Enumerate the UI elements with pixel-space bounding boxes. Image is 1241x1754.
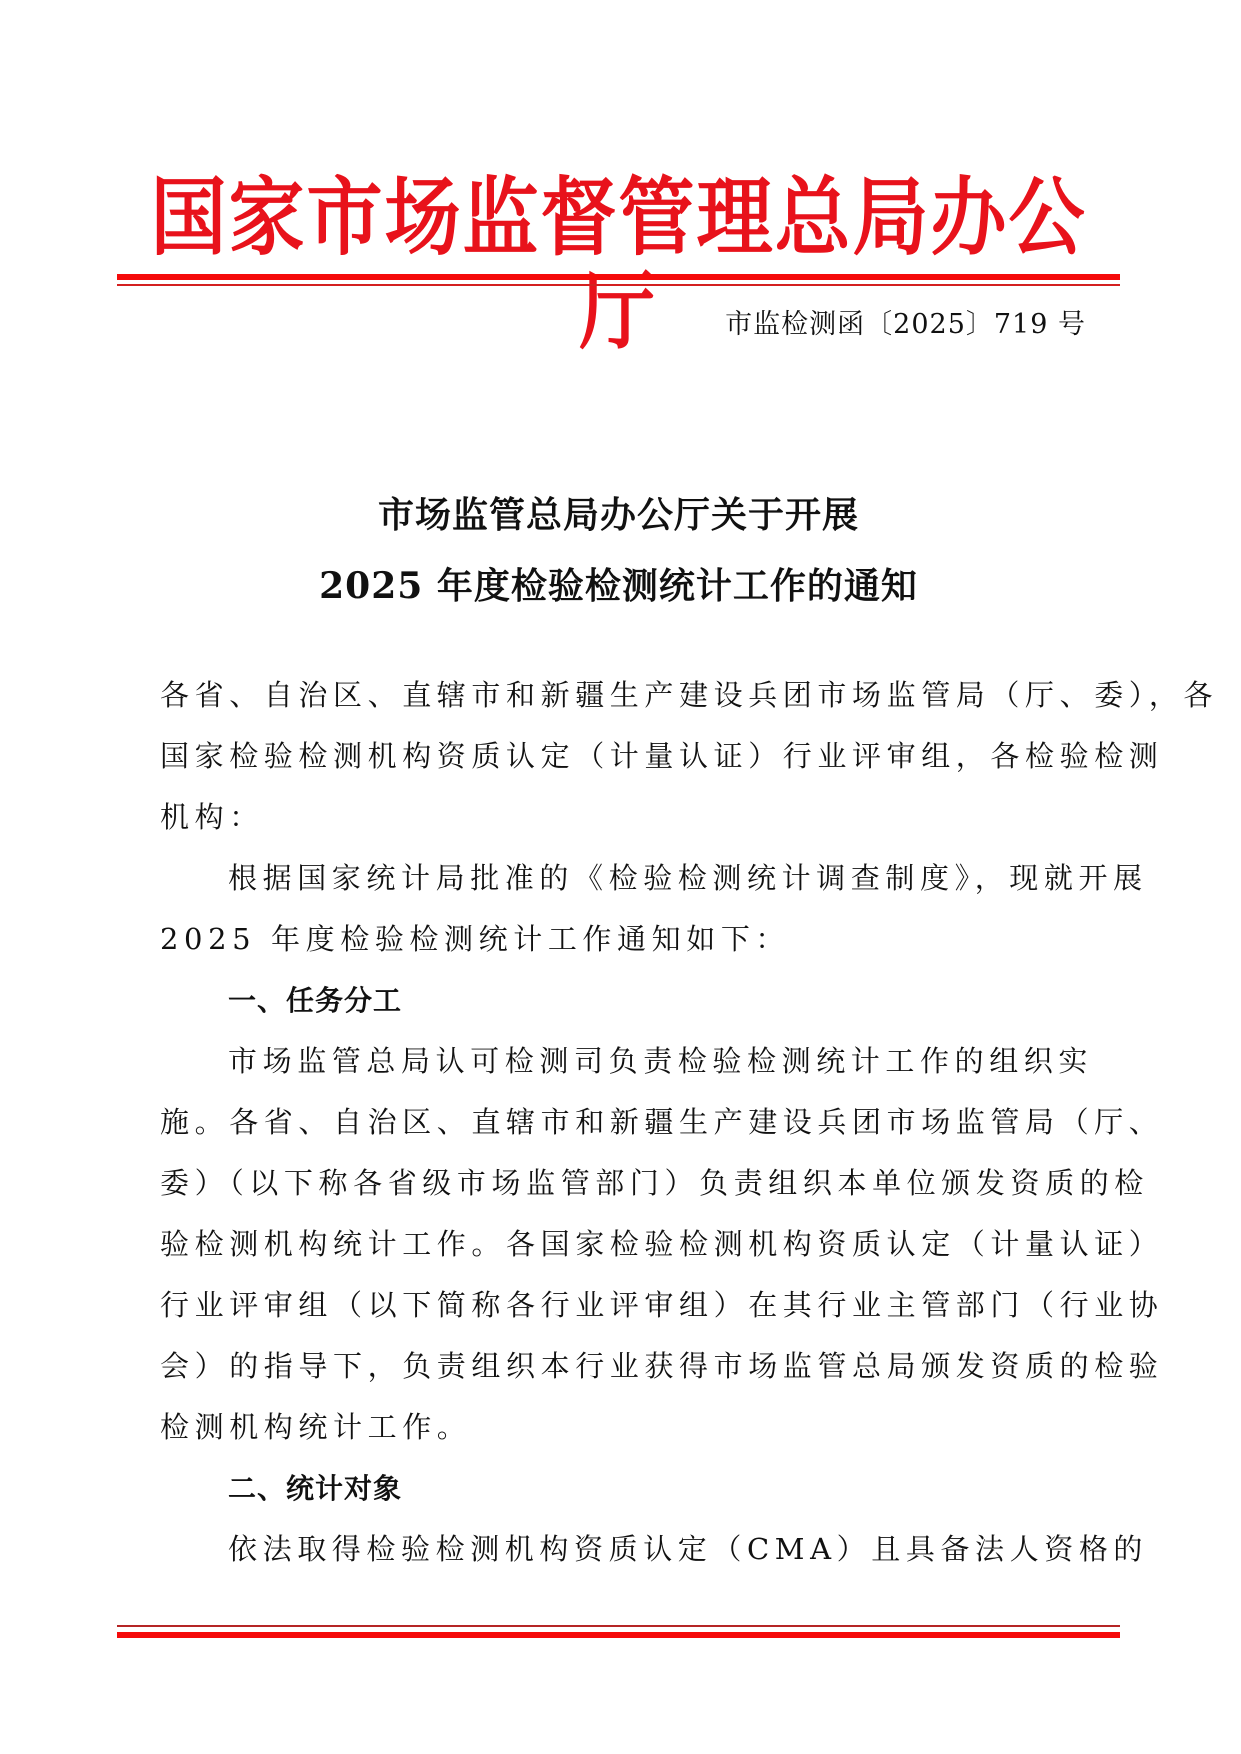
document-body: 各省、自治区、直辖市和新疆生产建设兵团市场监管局（厅、委），各 国家检验检测机构…: [160, 665, 1080, 1580]
paragraph-line: 依法取得检验检测机构资质认定（CMA）且具备法人资格的: [160, 1519, 1080, 1580]
document-title-line-2: 2025 年度检验检测统计工作的通知: [117, 558, 1120, 609]
document-title-line-1: 市场监管总局办公厅关于开展: [117, 487, 1120, 538]
footer-rule-thin: [117, 1625, 1120, 1627]
intro-line: 根据国家统计局批准的《检验检测统计调查制度》，现就开展: [160, 848, 1080, 909]
paragraph-line: 检测机构统计工作。: [160, 1397, 1080, 1458]
paragraph-line: 验检测机构统计工作。各国家检验检测机构资质认定（计量认证）: [160, 1214, 1080, 1275]
header-rule-thick: [117, 274, 1120, 280]
addressee-line: 各省、自治区、直辖市和新疆生产建设兵团市场监管局（厅、委），各: [160, 665, 1080, 726]
addressee-line: 国家检验检测机构资质认定（计量认证）行业评审组，各检验检测: [160, 726, 1080, 787]
header-rule-thin: [117, 284, 1120, 286]
paragraph-line: 委）（以下称各省级市场监管部门）负责组织本单位颁发资质的检: [160, 1153, 1080, 1214]
section-heading-task-division: 一、任务分工: [160, 970, 1080, 1031]
paragraph-line: 会）的指导下，负责组织本行业获得市场监管总局颁发资质的检验: [160, 1336, 1080, 1397]
paragraph-line: 行业评审组（以下简称各行业评审组）在其行业主管部门（行业协: [160, 1275, 1080, 1336]
paragraph-line: 市场监管总局认可检测司负责检验检测统计工作的组织实: [160, 1031, 1080, 1092]
issuer-masthead: 国家市场监督管理总局办公厅: [117, 171, 1120, 265]
document-number: 市监检测函〔2025〕719 号: [725, 305, 1086, 345]
addressee-line: 机构：: [160, 787, 1080, 848]
intro-line: 2025 年度检验检测统计工作通知如下：: [160, 909, 1080, 970]
section-heading-statistical-subjects: 二、统计对象: [160, 1458, 1080, 1519]
footer-rule-thick: [117, 1632, 1120, 1638]
paragraph-line: 施。各省、自治区、直辖市和新疆生产建设兵团市场监管局（厅、: [160, 1092, 1080, 1153]
